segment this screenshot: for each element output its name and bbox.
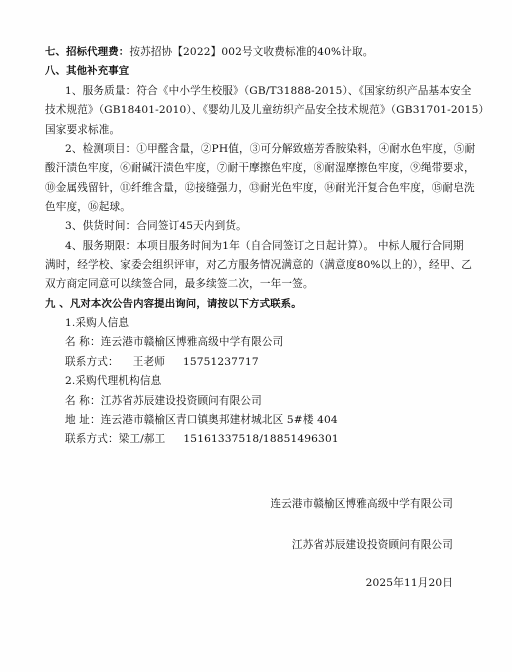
item2-line-3: ⑩金属残留针，⑪纤维含量，⑫接缝强力，⑬耐光色牢度，⑭耐光汗复合色牢度，⑮耐皂洗 <box>45 181 475 195</box>
agency-contact-person: 梁工/郝工 <box>119 433 166 445</box>
section-8-heading: 八、其他补充事宜 <box>45 64 129 78</box>
signature-date: 2025年11月20日 <box>366 576 453 590</box>
agency-info-title: 2.采购代理机构信息 <box>65 374 161 388</box>
agency-contact-line: 联系方式：梁工/郝工15161337518/18851496301 <box>65 432 339 446</box>
agency-address-line: 地 址：连云港市赣榆区青口镇奥邦建材城北区 5#楼 404 <box>65 413 338 427</box>
item4-line-2: 满时，经学校、家委会组织评审，对乙方服务情况满意的（满意度80%以上的），经甲、… <box>45 258 472 272</box>
item4-line-3: 双方商定同意可以续签合同，最多续签二次，一年一签。 <box>45 277 314 291</box>
agency-name-line: 名 称：江苏省苏辰建设投资顾问有限公司 <box>65 394 262 408</box>
agency-address-label: 地 址： <box>65 414 101 426</box>
agency-name: 江苏省苏辰建设投资顾问有限公司 <box>101 395 262 407</box>
purchaser-contact-person: 王老师 <box>133 356 165 368</box>
agency-phone: 15161337518/18851496301 <box>183 433 338 445</box>
purchaser-name: 连云港市赣榆区博雅高级中学有限公司 <box>101 336 284 348</box>
agency-name-label: 名 称： <box>65 395 101 407</box>
section-7-heading: 七、招标代理费： <box>45 46 129 58</box>
section-7-line: 七、招标代理费：按苏招协【2022】002号文收费标准的40%计取。 <box>45 45 373 59</box>
item2-line-2: 酸汗渍色牢度，⑥耐碱汗渍色牢度，⑦耐干摩擦色牢度，⑧耐湿摩擦色牢度，⑨绳带要求， <box>45 161 475 175</box>
document-page: 七、招标代理费：按苏招协【2022】002号文收费标准的40%计取。 八、其他补… <box>0 0 512 672</box>
item3-line-1: 3、供货时间：合同签订45天内到货。 <box>65 219 247 233</box>
agency-contact-label: 联系方式： <box>65 433 119 445</box>
item2-line-4: 色牢度，⑯起球。 <box>45 200 131 214</box>
item1-line-3: 国家要求标准。 <box>45 123 120 137</box>
purchaser-info-title: 1.采购人信息 <box>65 316 129 330</box>
section-7-text: 按苏招协【2022】002号文收费标准的40%计取。 <box>129 46 373 58</box>
signature-agency: 江苏省苏辰建设投资顾问有限公司 <box>292 538 453 552</box>
signature-purchaser: 连云港市赣榆区博雅高级中学有限公司 <box>270 497 453 511</box>
purchaser-contact-label: 联系方式： <box>65 356 119 368</box>
section-9-heading: 九 、凡对本次公告内容提出询问，请按以下方式联系。 <box>45 297 302 311</box>
purchaser-contact-line: 联系方式：王老师15751237717 <box>65 355 259 369</box>
item2-line-1: 2、检测项目：①甲醛含量，②PH值，③可分解致癌芳香胺染料，④耐水色牢度，⑤耐 <box>65 142 475 156</box>
purchaser-name-label: 名 称： <box>65 336 101 348</box>
agency-address: 连云港市赣榆区青口镇奥邦建材城北区 5#楼 404 <box>101 414 338 426</box>
purchaser-phone: 15751237717 <box>183 356 259 368</box>
item1-line-2: 技术规范》（GB18401-2010）、《婴幼儿及儿童纺织产品安全技术规范》（G… <box>45 103 489 117</box>
item4-line-1: 4、服务期限：本项目服务时间为1年（自合同签订之日起计算）。 中标人履行合同期 <box>65 239 464 253</box>
purchaser-name-line: 名 称：连云港市赣榆区博雅高级中学有限公司 <box>65 335 283 349</box>
item1-line-1: 1、服务质量：符合《中小学生校服》（GB/T31888-2015）、《国家纺织产… <box>65 84 472 98</box>
